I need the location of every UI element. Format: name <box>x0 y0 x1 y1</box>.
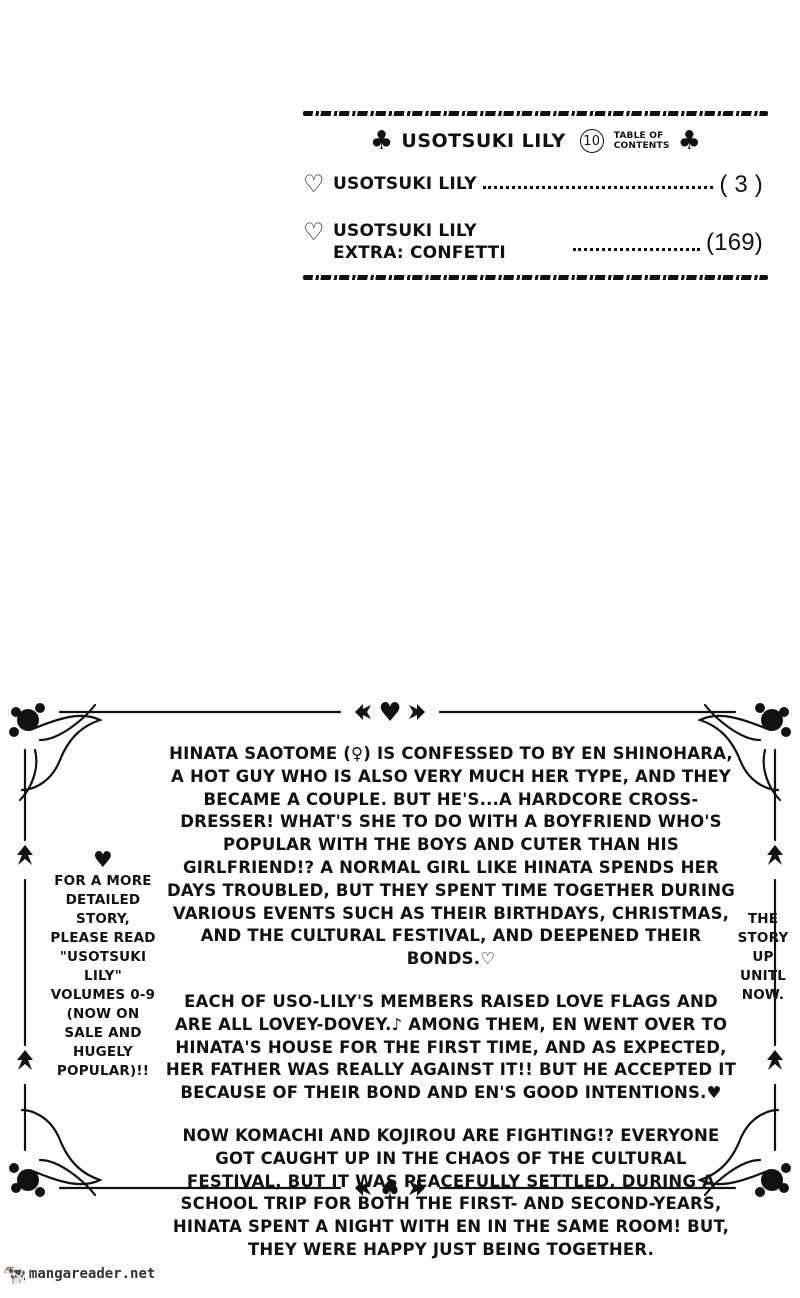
side-note-left: ♥ FOR A MORE DETAILED STORY, PLEASE READ… <box>48 850 158 1081</box>
story-summary-frame: ♥ ♠ HINATA SAOTOME (♀) IS CONFESSED TO B… <box>0 690 800 1210</box>
volume-number-badge: 10 <box>580 129 604 153</box>
toc-entry[interactable]: ♡ USOTSUKI LILY EXTRA: CONFETTI (169) <box>303 220 763 264</box>
heart-outline-icon: ♡ <box>303 172 333 196</box>
leader-dots <box>483 172 714 189</box>
heart-filled-icon: ♥ <box>378 698 401 728</box>
toc-entry-title: USOTSUKI LILY <box>333 172 477 196</box>
story-summary: HINATA SAOTOME (♀) IS CONFESSED TO BY EN… <box>165 743 737 1282</box>
wavy-divider-top <box>303 111 768 116</box>
mascot-logo-icon: 🐄 <box>2 1262 27 1286</box>
wavy-divider-bottom <box>303 275 768 280</box>
club-icon: ♣ <box>678 128 702 154</box>
summary-paragraph: EACH OF USO-LILY'S MEMBERS RAISED LOVE F… <box>165 991 737 1105</box>
heart-filled-icon: ♥ <box>48 850 158 872</box>
heart-outline-icon: ♡ <box>303 220 333 244</box>
toc-title: ♣ USOTSUKI LILY 10 TABLE OF CONTENTS ♣ <box>303 128 768 154</box>
toc-label: TABLE OF CONTENTS <box>614 131 670 151</box>
series-title: USOTSUKI LILY <box>401 130 565 152</box>
table-of-contents: ♣ USOTSUKI LILY 10 TABLE OF CONTENTS ♣ ♡… <box>303 108 768 288</box>
toc-entry-page: ( 3 ) <box>719 172 763 198</box>
side-note-left-text: FOR A MORE DETAILED STORY, PLEASE READ "… <box>50 873 155 1079</box>
toc-entry-title: USOTSUKI LILY EXTRA: CONFETTI <box>333 220 523 264</box>
watermark-text: mangareader.net <box>29 1266 155 1282</box>
watermark[interactable]: 🐄 mangareader.net <box>2 1262 155 1286</box>
club-icon: ♣ <box>370 128 394 154</box>
summary-paragraph: NOW KOMACHI AND KOJIROU ARE FIGHTING!? E… <box>165 1125 737 1262</box>
side-note-right: THE STORY UP UNITL NOW. <box>728 910 798 1005</box>
toc-entry-page: (169) <box>706 230 763 256</box>
toc-entry[interactable]: ♡ USOTSUKI LILY ( 3 ) <box>303 172 763 198</box>
leader-dots <box>573 234 700 251</box>
summary-paragraph: HINATA SAOTOME (♀) IS CONFESSED TO BY EN… <box>165 743 737 971</box>
